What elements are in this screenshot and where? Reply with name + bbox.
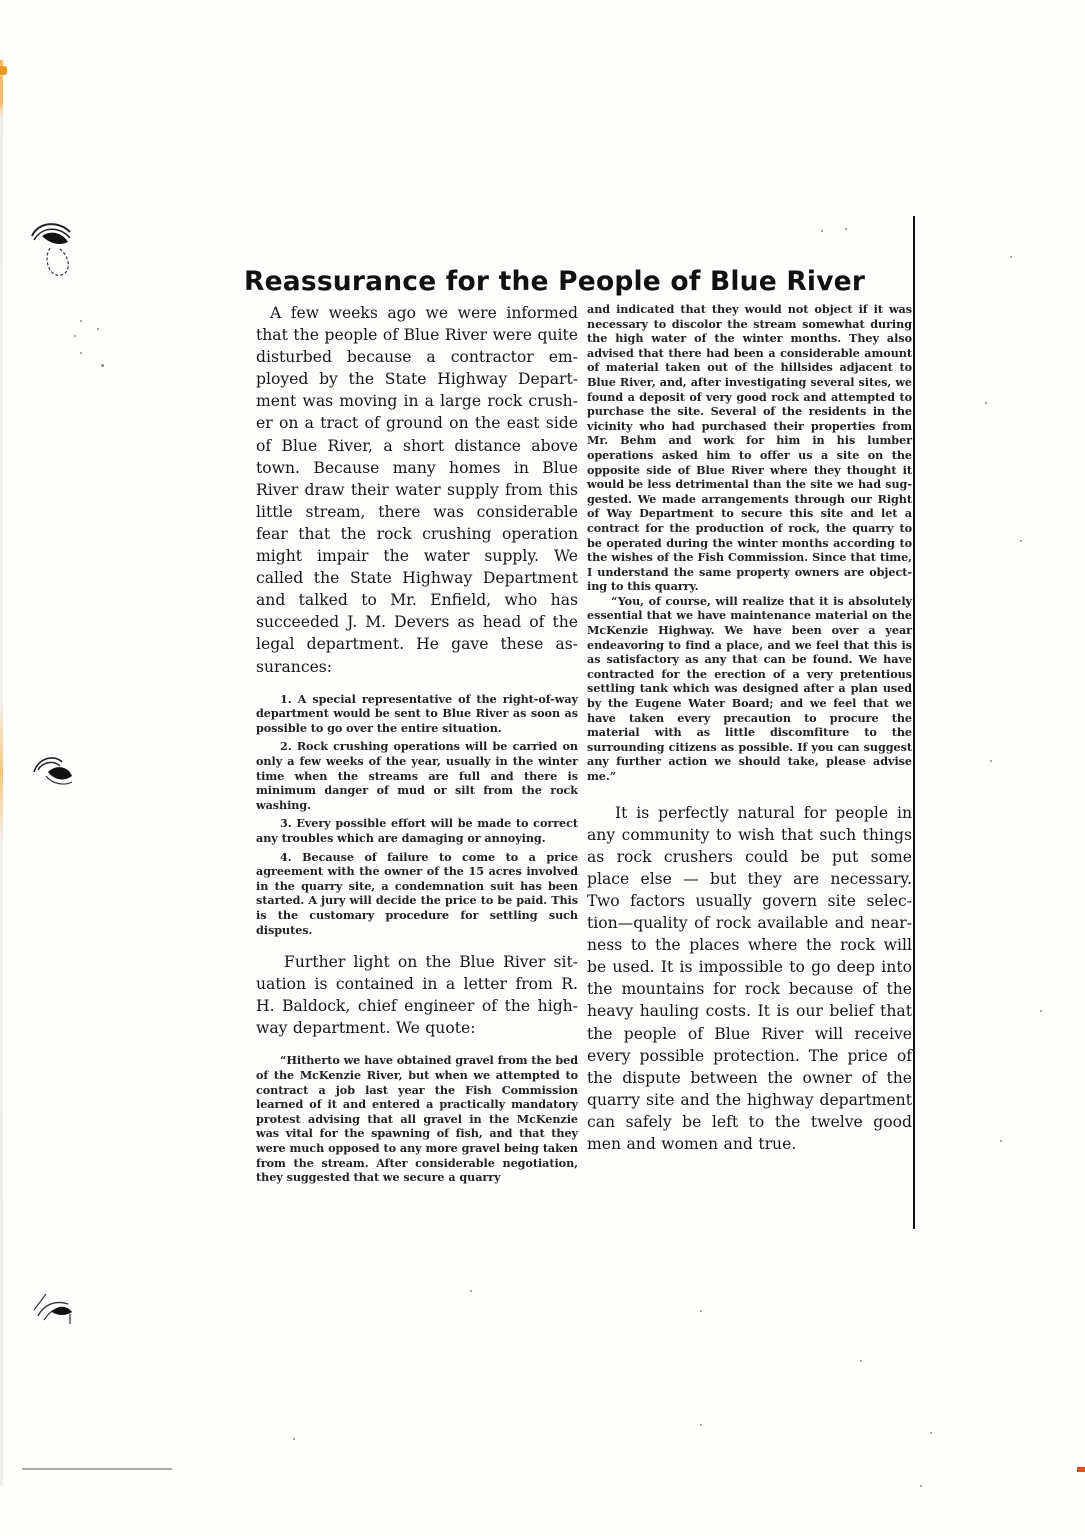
binder-hole-mark-icon (28, 218, 78, 288)
assurance-item-3: 3. Every possible effort will be made to… (256, 816, 578, 845)
speck (80, 352, 82, 354)
speck (990, 760, 992, 762)
intro-paragraph: A few weeks ago we were informed that th… (256, 302, 578, 678)
tape-mark-top-left (0, 66, 7, 75)
letter-quote-part-1: “Hitherto we have obtained gravel from t… (256, 1053, 578, 1184)
speck (1010, 256, 1012, 258)
speck (985, 402, 987, 404)
page-edge-shadow (0, 60, 3, 1485)
assurance-item-2: 2. Rock crushing operations will be car­… (256, 739, 578, 812)
article-headline: Reassurance for the People of Blue River (244, 266, 844, 297)
left-column: A few weeks ago we were informed that th… (256, 302, 578, 1185)
speck (97, 328, 99, 330)
right-column: and indicated that they would not object… (587, 302, 912, 1155)
assurances-list: 1. A special representative of the right… (256, 692, 578, 938)
speck (80, 320, 82, 322)
speck (1000, 1140, 1002, 1142)
letter-quote-part-2: and indicated that they would not object… (587, 302, 912, 594)
speck (845, 228, 847, 230)
further-paragraph: Further light on the Blue River sit­uati… (256, 951, 578, 1039)
speck (1020, 540, 1022, 542)
speck (821, 230, 823, 232)
assurance-item-1: 1. A special representative of the right… (256, 692, 578, 736)
speck (470, 1290, 472, 1292)
assurance-item-4: 4. Because of failure to come to a price… (256, 850, 578, 938)
speck (930, 1432, 932, 1434)
speck (920, 1485, 922, 1487)
scanned-page: Reassurance for the People of Blue River… (0, 0, 1085, 1536)
binder-hole-mark-icon (30, 1290, 78, 1326)
speck (700, 1310, 702, 1312)
speck (700, 1424, 702, 1426)
speck (101, 364, 104, 367)
scan-artifact-line (22, 1468, 172, 1470)
column-rule (913, 216, 915, 1229)
speck (860, 1360, 862, 1362)
speck (1040, 1010, 1042, 1012)
tape-mark-bottom-right (1077, 1467, 1085, 1472)
speck (293, 1438, 295, 1440)
speck (74, 335, 76, 337)
binder-hole-mark-icon (30, 752, 78, 792)
letter-quote-part-3: “You, of course, will realize that it is… (587, 594, 912, 784)
conclusion-paragraph: It is perfectly natural for people in an… (587, 802, 912, 1156)
